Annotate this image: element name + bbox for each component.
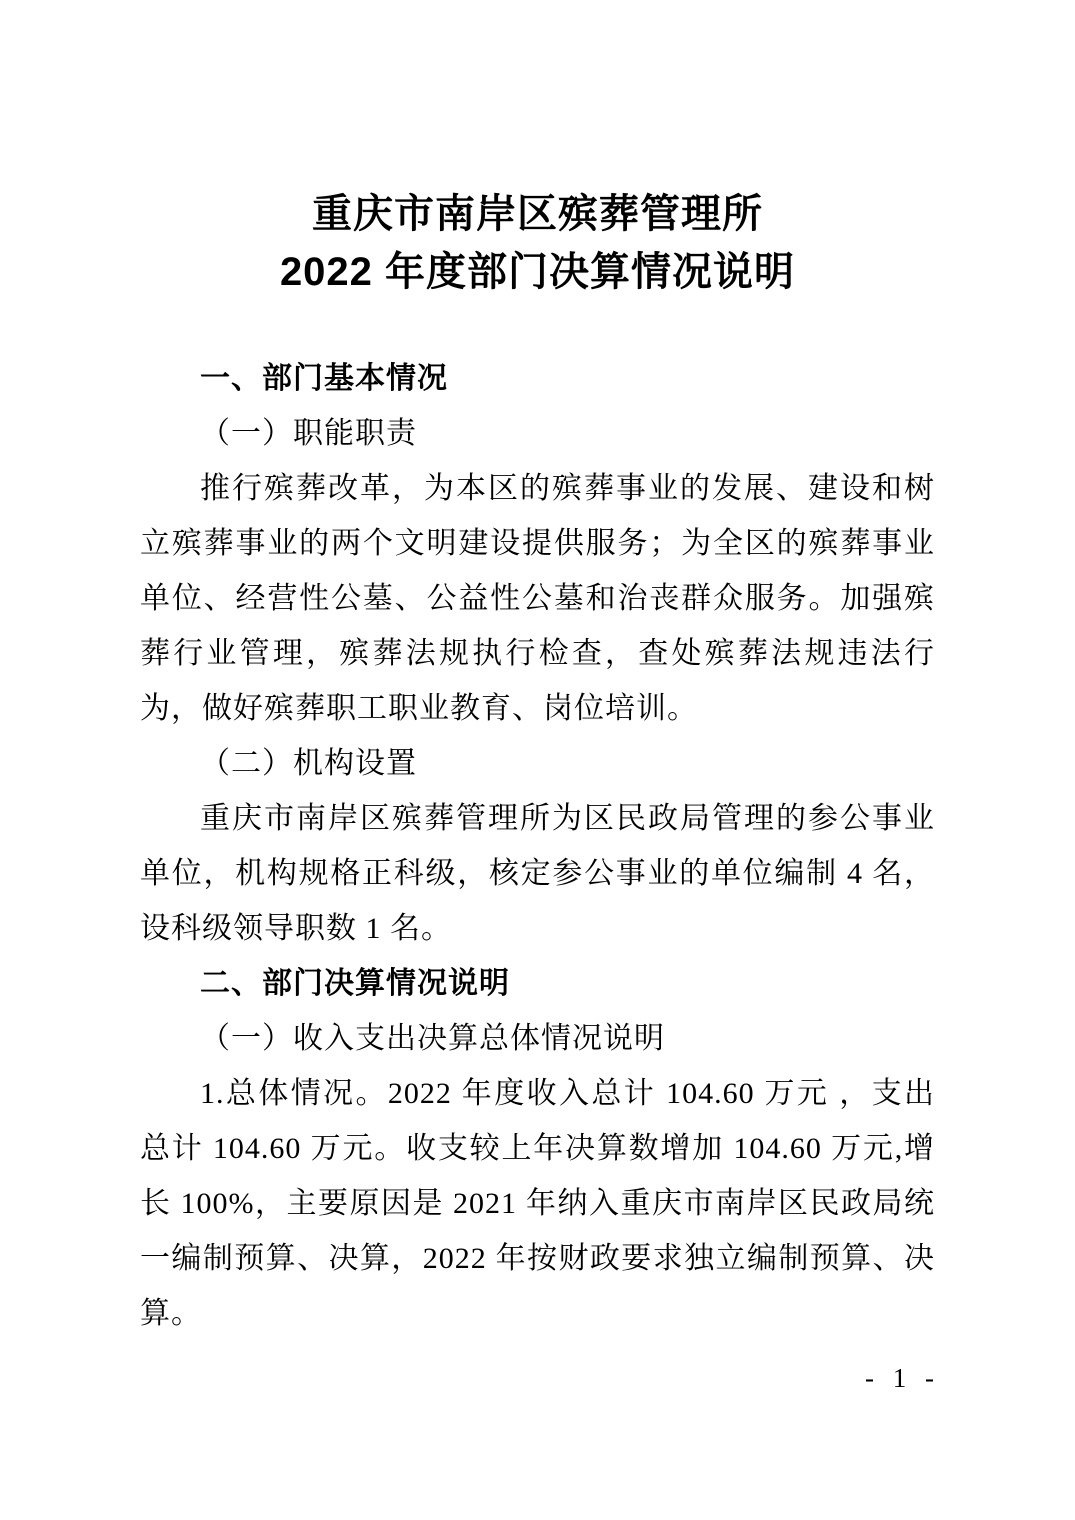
- heading-section-1-2: （二）机构设置: [140, 736, 935, 791]
- heading-section-2-1: （一）收入支出决算总体情况说明: [140, 1011, 935, 1066]
- document-title-line1: 重庆市南岸区殡葬管理所: [140, 185, 935, 243]
- heading-section-1: 一、部门基本情况: [140, 351, 935, 406]
- document-title-line2: 2022 年度部门决算情况说明: [140, 243, 935, 301]
- paragraph-budget-overview: 1.总体情况。2022 年度收入总计 104.60 万元 ，支出总计 104.6…: [140, 1066, 935, 1341]
- document-content: 重庆市南岸区殡葬管理所 2022 年度部门决算情况说明 一、部门基本情况 （一）…: [0, 0, 1075, 1341]
- paragraph-organization: 重庆市南岸区殡葬管理所为区民政局管理的参公事业单位，机构规格正科级，核定参公事业…: [140, 791, 935, 956]
- heading-section-2: 二、部门决算情况说明: [140, 956, 935, 1011]
- page-number: - 1 -: [865, 1363, 940, 1394]
- paragraph-duties: 推行殡葬改革，为本区的殡葬事业的发展、建设和树立殡葬事业的两个文明建设提供服务；…: [140, 461, 935, 736]
- heading-section-1-1: （一）职能职责: [140, 406, 935, 461]
- document-title: 重庆市南岸区殡葬管理所 2022 年度部门决算情况说明: [140, 185, 935, 301]
- document-page: 重庆市南岸区殡葬管理所 2022 年度部门决算情况说明 一、部门基本情况 （一）…: [0, 0, 1075, 1520]
